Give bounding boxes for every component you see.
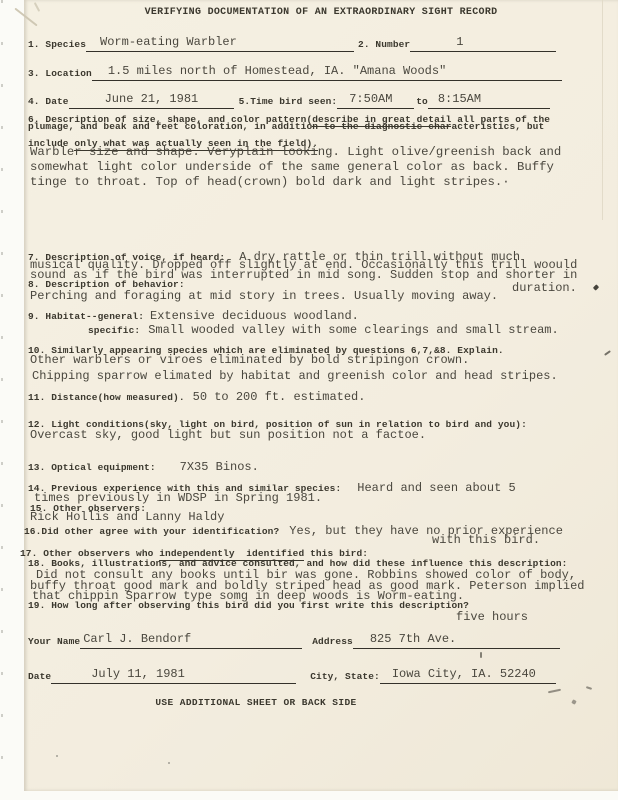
- q10-answer-line2: Chipping sparrow elimated by habitat and…: [32, 370, 558, 383]
- time-to-field: 8:15AM: [428, 90, 550, 109]
- q9-specific-line: specific:Small wooded valley with some c…: [88, 321, 559, 338]
- species-number-row: 1. Species Worm-eating Warbler 2. Number…: [28, 31, 556, 52]
- q7-answer-line4: duration.: [512, 282, 577, 295]
- q19-answer: five hours: [456, 611, 528, 624]
- date-value: June 21, 1981: [69, 93, 199, 107]
- city-state-field: Iowa City, IA. 52240: [380, 665, 556, 684]
- address-field: 825 7th Ave.: [353, 630, 560, 649]
- q13-answer: 7X35 Binos.: [180, 460, 259, 474]
- sign-date-value: July 11, 1981: [51, 668, 185, 682]
- q6-answer-line1: Warbler size and shape. Veryplain lookin…: [30, 146, 561, 159]
- date-time-row: 4. Date June 21, 1981 5.Time bird seen: …: [28, 88, 550, 109]
- your-name-value: Carl J. Bendorf: [80, 633, 191, 647]
- q9-specific-answer: Small wooded valley with some clearings …: [148, 323, 558, 337]
- time-from-value: 7:50AM: [337, 93, 392, 107]
- location-label: 3. Location: [28, 68, 92, 81]
- paper-crease: [602, 0, 603, 220]
- city-state-label: City, State:: [310, 671, 380, 684]
- ink-speck: [480, 652, 482, 658]
- page-title: VERIFYING DOCUMENTATION OF AN EXTRAORDIN…: [24, 8, 618, 19]
- sign-date-label: Date: [28, 671, 51, 684]
- smudge-mark: [586, 686, 592, 690]
- q6-label-line2: plumage, and beak and feet coloration, i…: [28, 122, 544, 132]
- date-city-row: Date July 11, 1981 City, State: Iowa Cit…: [28, 661, 556, 684]
- q6-answer-line2: somewhat light color underside of the sa…: [30, 161, 554, 174]
- q16-answer-line2: with this bird.: [432, 534, 540, 547]
- city-state-value: Iowa City, IA. 52240: [380, 668, 536, 682]
- smudge-mark: [548, 689, 561, 694]
- q11-line: 11. Distance(how measured).50 to 200 ft.…: [28, 388, 365, 405]
- ink-speck: [56, 755, 58, 757]
- scanned-document: VERIFYING DOCUMENTATION OF AN EXTRAORDIN…: [0, 0, 618, 800]
- q10-answer-line1: Other warblers or viroes eliminated by b…: [30, 354, 469, 367]
- species-value: Worm-eating Warbler: [86, 36, 237, 50]
- number-value: 1: [410, 36, 463, 50]
- your-name-label: Your Name: [28, 636, 80, 649]
- date-label: 4. Date: [28, 96, 69, 109]
- sign-date-field: July 11, 1981: [51, 665, 296, 684]
- species-label: 1. Species: [28, 39, 86, 52]
- location-row: 3. Location 1.5 miles north of Homestead…: [28, 60, 562, 81]
- number-label: 2. Number: [358, 39, 410, 52]
- q6-answer-line3: tinge to throat. Top of head(crown) bold…: [30, 176, 510, 189]
- location-field: 1.5 miles north of Homestead, IA. "Amana…: [92, 62, 562, 81]
- form-page: VERIFYING DOCUMENTATION OF AN EXTRAORDIN…: [24, 0, 618, 791]
- location-value: 1.5 miles north of Homestead, IA. "Amana…: [92, 65, 446, 79]
- ink-speck: [604, 350, 611, 356]
- address-value: 825 7th Ave.: [353, 633, 456, 647]
- time-label: 5.Time bird seen:: [239, 96, 338, 109]
- address-label: Address: [312, 636, 353, 649]
- ink-speck: [593, 284, 599, 290]
- number-field: 1: [410, 33, 556, 52]
- time-from-field: 7:50AM: [337, 90, 414, 109]
- date-field: June 21, 1981: [69, 90, 234, 109]
- footer-instruction: USE ADDITIONAL SHEET OR BACK SIDE: [24, 698, 488, 708]
- q19-label: 19. How long after observing this bird d…: [28, 601, 469, 611]
- scan-edge-marks: [1, 0, 3, 791]
- smudge-mark: [571, 699, 576, 704]
- q14-answer-line1: Heard and seen about 5: [357, 481, 515, 495]
- q8-answer: Perching and foraging at mid story in tr…: [30, 290, 498, 303]
- q12-answer: Overcast sky, good light but sun positio…: [30, 429, 426, 442]
- species-field: Worm-eating Warbler: [86, 33, 354, 52]
- q11-answer: 50 to 200 ft. estimated.: [193, 390, 366, 404]
- ink-speck: [168, 762, 170, 764]
- name-address-row: Your Name Carl J. Bendorf Address 825 7t…: [28, 626, 560, 649]
- q13-line: 13. Optical equipment:7X35 Binos.: [28, 458, 259, 475]
- time-to-value: 8:15AM: [428, 93, 481, 107]
- time-to-label: to: [416, 96, 428, 109]
- your-name-field: Carl J. Bendorf: [80, 630, 302, 649]
